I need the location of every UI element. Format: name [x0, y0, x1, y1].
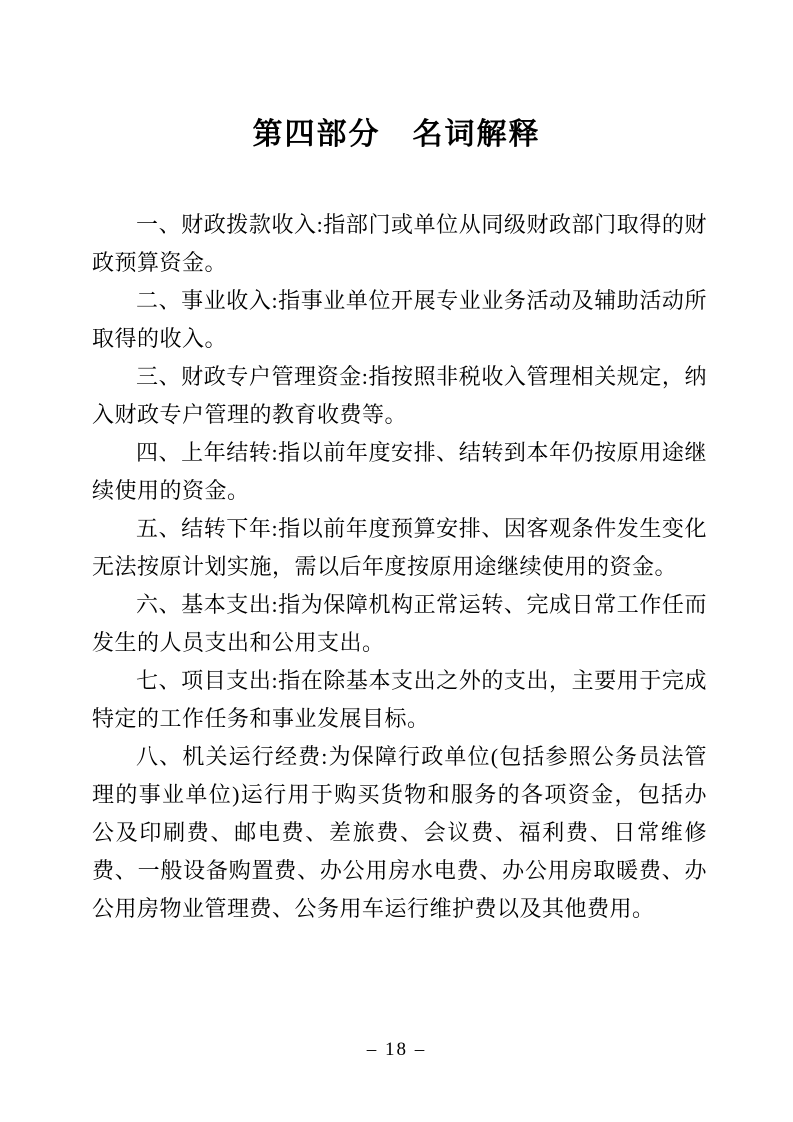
document-page: 第四部分 名词解释 一、财政拨款收入:指部门或单位从同级财政部门取得的财政预算资…: [0, 0, 793, 1122]
paragraph-3: 三、财政专户管理资金:指按照非税收入管理相关规定，纳入财政专户管理的教育收费等。: [92, 358, 707, 434]
paragraph-6: 六、基本支出:指为保障机构正常运转、完成日常工作任而发生的人员支出和公用支出。: [92, 586, 707, 662]
paragraph-7: 七、项目支出:指在除基本支出之外的支出，主要用于完成特定的工作任务和事业发展目标…: [92, 662, 707, 738]
page-number: – 18 –: [0, 1038, 793, 1062]
paragraph-1: 一、财政拨款收入:指部门或单位从同级财政部门取得的财政预算资金。: [92, 206, 707, 282]
paragraph-4: 四、上年结转:指以前年度安排、结转到本年仍按原用途继续使用的资金。: [92, 434, 707, 510]
paragraph-2: 二、事业收入:指事业单位开展专业业务活动及辅助活动所取得的收入。: [92, 282, 707, 358]
paragraph-5: 五、结转下年:指以前年度预算安排、因客观条件发生变化无法按原计划实施，需以后年度…: [92, 510, 707, 586]
document-body: 一、财政拨款收入:指部门或单位从同级财政部门取得的财政预算资金。 二、事业收入:…: [0, 206, 793, 928]
paragraph-8: 八、机关运行经费:为保障行政单位(包括参照公务员法管理的事业单位)运行用于购买货…: [92, 738, 707, 928]
page-title: 第四部分 名词解释: [0, 0, 793, 156]
